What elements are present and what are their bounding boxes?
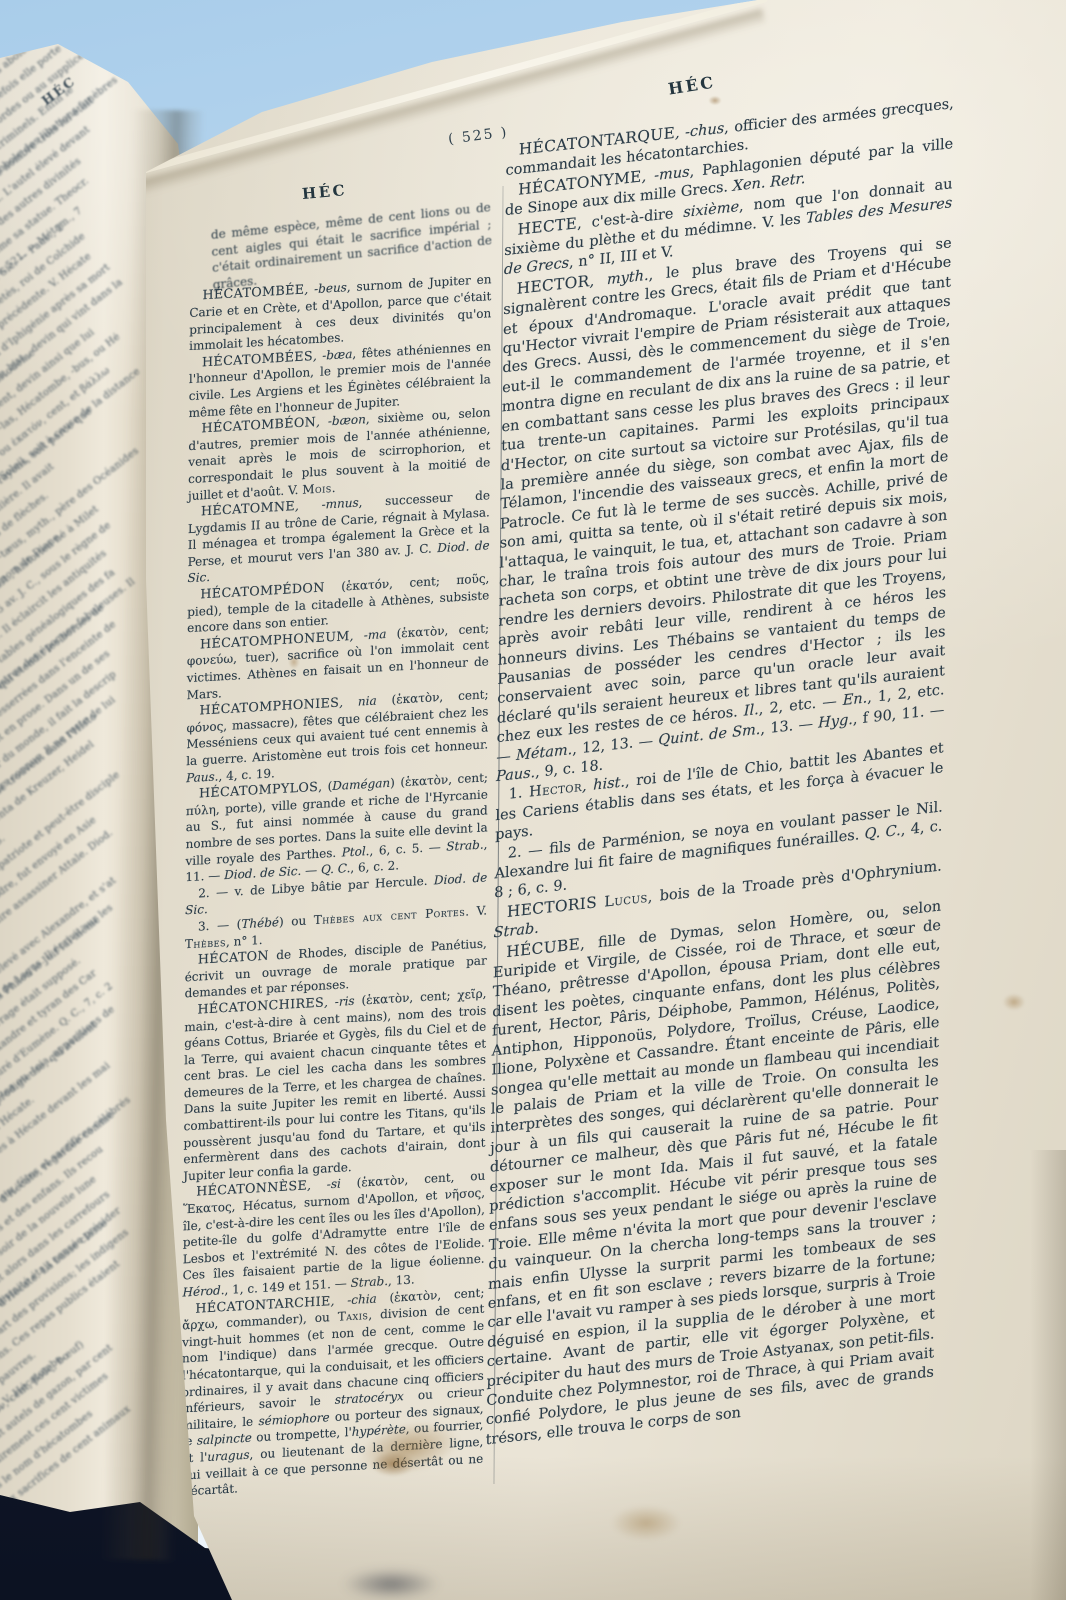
open-book-photo: HÉC d'elle les aboiements dequelquefois … [0, 0, 1066, 1600]
foxing-stain [246, 1140, 456, 1420]
right-column: HÉCATONTARQUE, -chus, officier des armée… [506, 142, 954, 1448]
foxing-stain [998, 990, 1030, 1014]
page-number: ( 525 ) [447, 124, 509, 147]
running-head-left-column: HÉC [301, 181, 347, 203]
foxing-stain [286, 652, 302, 672]
foxing-stain [596, 1498, 696, 1548]
right-column-text: HÉCATONTARQUE, -chus, officier des armée… [485, 94, 953, 1451]
foxing-stain [362, 1446, 424, 1482]
page-right-edge-shade [1030, 1150, 1066, 1600]
foxing-stain [706, 94, 724, 107]
page-bottom-shadow [326, 1564, 456, 1600]
